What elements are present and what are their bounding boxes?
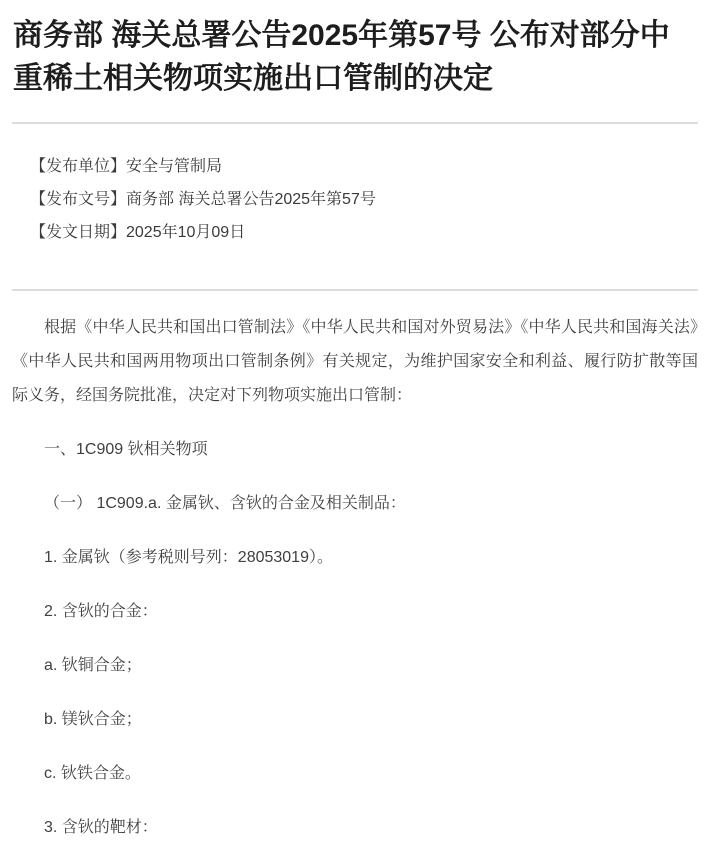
document-body: 根据《中华人民共和国出口管制法》《中华人民共和国对外贸易法》《中华人民共和国海关…	[12, 311, 698, 845]
paragraph-item-2b: b. 镁钬合金；	[12, 703, 698, 737]
divider-bottom	[12, 289, 698, 291]
meta-issue-date: 【发文日期】2025年10月09日	[30, 216, 698, 249]
paragraph-item-3-targets: 3. 含钬的靶材：	[12, 811, 698, 845]
paragraph-item-2c: c. 钬铁合金。	[12, 757, 698, 791]
paragraph-item-1-metal: 1. 金属钬（参考税则号列：28053019）。	[12, 541, 698, 575]
meta-document-number: 【发布文号】商务部 海关总署公告2025年第57号	[30, 183, 698, 216]
announcement-page: 商务部 海关总署公告2025年第57号 公布对部分中重稀土相关物项实施出口管制的…	[0, 0, 710, 845]
paragraph-item-2-alloys: 2. 含钬的合金：	[12, 595, 698, 629]
document-meta: 【发布单位】安全与管制局 【发布文号】商务部 海关总署公告2025年第57号 【…	[12, 124, 698, 289]
paragraph-subsection-1c909a: （一） 1C909.a. 金属钬、含钬的合金及相关制品：	[12, 487, 698, 521]
meta-issuing-unit: 【发布单位】安全与管制局	[30, 150, 698, 183]
paragraph-item-2a: a. 钬铜合金；	[12, 649, 698, 683]
paragraph-legal-basis: 根据《中华人民共和国出口管制法》《中华人民共和国对外贸易法》《中华人民共和国海关…	[12, 311, 698, 413]
page-title: 商务部 海关总署公告2025年第57号 公布对部分中重稀土相关物项实施出口管制的…	[13, 14, 698, 100]
paragraph-section-1-heading: 一、1C909 钬相关物项	[12, 433, 698, 467]
